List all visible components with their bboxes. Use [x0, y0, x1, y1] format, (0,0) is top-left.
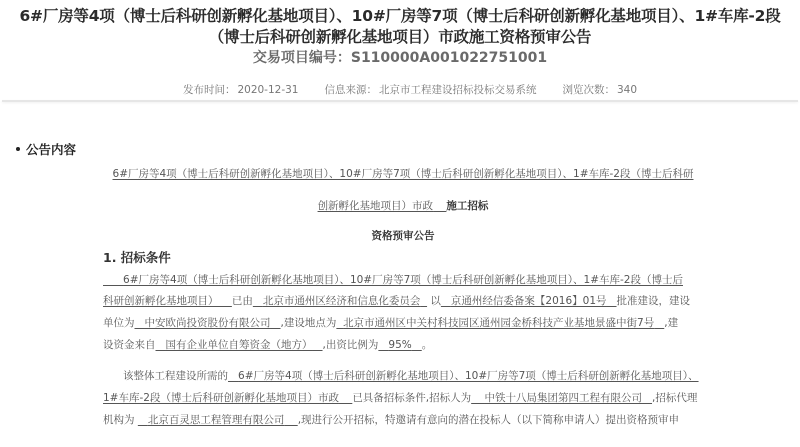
project-number: 交易项目编号：S110000A001022751001	[0, 48, 800, 68]
paragraph-2-line3: 机构为 北京百灵思工程管理有限公司 ,现进行公开招标，特邀请有意向的潜在投标人（…	[103, 412, 679, 427]
static-text: ,出资比例为	[323, 339, 379, 351]
section-1-heading: 1. 招标条件	[103, 248, 171, 266]
view-count-value: 340	[617, 84, 637, 96]
paragraph-2-line2: 1#车库-2段（博士后科研创新孵化基地项目）市政 已具备招标条件,招标人为 中铁…	[103, 390, 697, 405]
project-name-field: 6#厂房等4项（博士后科研创新孵化基地项目）、10#厂房等7项（博士后科研创新孵…	[123, 274, 683, 286]
header-divider	[2, 100, 798, 102]
project-title-text: 创新孵化基地项目）市政	[318, 200, 434, 212]
fund-source-field: 国有企业单位自筹资金（地方）	[166, 339, 313, 351]
static-text: ,建设地点为	[281, 317, 337, 329]
section-heading-label: 公告内容	[26, 142, 76, 157]
static-text: 单位为	[103, 317, 135, 329]
static-text: 已具备招标条件,招标人为	[352, 392, 471, 404]
notice-subtitle: 资格预审公告	[103, 228, 703, 243]
publish-time: 发布时间：2020-12-31	[183, 82, 299, 97]
paragraph-1-line3: 单位为 中安欧尚投资股份有限公司 ,建设地点为 北京市通州区中关村科技园区通州园…	[103, 315, 678, 330]
publish-time-label: 发布时间：	[183, 84, 236, 96]
static-text: 设资金来自	[103, 339, 156, 351]
static-text: 以	[430, 295, 441, 307]
project-title-text: 6#厂房等4项（博士后科研创新孵化基地项目）、10#厂房等7项（博士后科研创新孵…	[113, 168, 694, 180]
info-source-label: 信息来源：	[324, 84, 377, 96]
construction-site-field: 北京市通州区中关村科技园区通州园金桥科技产业基地景盛中街7号	[343, 317, 654, 329]
agency-field: 北京百灵思工程管理有限公司	[148, 414, 285, 426]
info-source: 信息来源：北京市工程建设招标投标交易系统	[324, 82, 536, 97]
bullet-icon	[16, 147, 20, 151]
funding-ratio-field: 95%	[388, 339, 411, 351]
underlined-field: 6#厂房等4项（博士后科研创新孵化基地项目）、10#厂房等7项（博士后科研创新孵…	[103, 274, 683, 286]
paragraph-1-line4: 设资金来自 国有企业单位自筹资金（地方） ,出资比例为 95% 。	[103, 337, 432, 352]
static-text: ,现进行公开招标，特邀请有意向的潜在投标人（以下简称申请人）提出资格预审申	[298, 414, 679, 426]
notice-title-line1: 6#厂房等4项（博士后科研创新孵化基地项目）、10#厂房等7项（博士后科研创新孵…	[0, 6, 800, 27]
notice-title-line2: （博士后科研创新孵化基地项目）市政施工资格预审公告	[0, 27, 800, 48]
publish-time-value: 2020-12-31	[237, 84, 298, 96]
static-text: ,招标代理	[652, 392, 697, 404]
construction-unit-field: 中安欧尚投资股份有限公司	[145, 317, 271, 329]
project-number-value: S110000A001022751001	[351, 50, 547, 66]
view-count-label: 浏览次数：	[562, 84, 615, 96]
paragraph-1-line1: 6#厂房等4项（博士后科研创新孵化基地项目）、10#厂房等7项（博士后科研创新孵…	[103, 272, 683, 287]
notice-header: 6#厂房等4项（博士后科研创新孵化基地项目）、10#厂房等7项（博士后科研创新孵…	[0, 0, 800, 97]
static-text: 机构为	[103, 414, 135, 426]
approval-authority-field: 北京市通州区经济和信息化委员会	[263, 295, 421, 307]
underlined-field: 1#车库-2段（博士后科研创新孵化基地项目）市政	[103, 392, 339, 404]
notice-title: 6#厂房等4项（博士后科研创新孵化基地项目）、10#厂房等7项（博士后科研创新孵…	[0, 6, 800, 48]
tender-type: 施工招标	[446, 200, 488, 212]
static-text: 该整体工程建设所需的	[123, 370, 228, 382]
project-number-label: 交易项目编号：	[253, 50, 351, 66]
static-text: 。	[422, 339, 433, 351]
project-title-line1: 6#厂房等4项（博士后科研创新孵化基地项目）、10#厂房等7项（博士后科研创新孵…	[103, 166, 703, 181]
static-text: 批准建设，建设	[617, 295, 691, 307]
paragraph-1-line2: 科研创新孵化基地项目） 已由 北京市通州区经济和信息化委员会 以 京通州经信委备…	[103, 293, 690, 308]
approval-number-field: 京通州经信委备案【2016】01号	[451, 295, 607, 307]
info-source-value: 北京市工程建设招标投标交易系统	[379, 84, 537, 96]
project-name-field: 6#厂房等4项（博士后科研创新孵化基地项目）、10#厂房等7项（博士后科研创新孵…	[238, 370, 699, 382]
view-count: 浏览次数：340	[562, 82, 637, 97]
tenderer-field: 中铁十八局集团第四工程有限公司	[485, 392, 643, 404]
project-title-line2: 创新孵化基地项目）市政 施工招标	[103, 198, 703, 213]
section-heading: 公告内容	[16, 140, 76, 158]
underlined-field: 科研创新孵化基地项目）	[103, 295, 219, 307]
static-text: ,建	[664, 317, 678, 329]
paragraph-2-line1: 该整体工程建设所需的 6#厂房等4项（博士后科研创新孵化基地项目）、10#厂房等…	[103, 368, 699, 383]
notice-meta: 发布时间：2020-12-31 信息来源：北京市工程建设招标投标交易系统 浏览次…	[0, 82, 800, 97]
static-text: 已由	[232, 295, 253, 307]
